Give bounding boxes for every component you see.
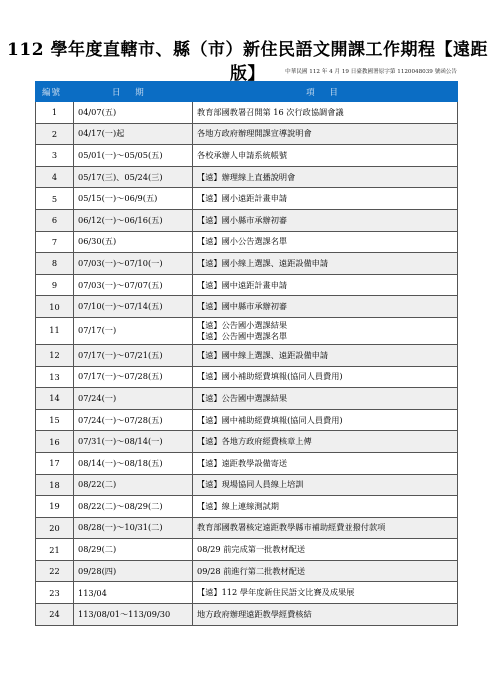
row-number: 23: [36, 582, 74, 604]
row-item: 【遠】國中縣市承辦初審: [193, 296, 458, 318]
item-text: 【遠】遠距教學設備寄送: [197, 458, 457, 469]
row-date: 05/17(三)、05/24(三): [74, 166, 193, 188]
item-text: 【遠】112 學年度新住民語文比賽及成果展: [197, 587, 457, 598]
table-header: 編號 日 期 項 目: [36, 82, 458, 102]
item-text: 【遠】國中線上選課、遠距設備申請: [197, 350, 457, 361]
row-item: 各校承辦人申請系統帳號: [193, 145, 458, 167]
table-row: 1808/22(二)【遠】現場協同人員線上培訓: [36, 474, 458, 496]
row-item: 地方政府辦理遠距教學經費核結: [193, 604, 458, 626]
table-row: 807/03(一)～07/10(一)【遠】國小線上選課、遠距設備申請: [36, 253, 458, 275]
row-item: 【遠】國小補助經費填報(協同人員費用): [193, 366, 458, 388]
row-date: 08/22(二): [74, 474, 193, 496]
row-number: 18: [36, 474, 74, 496]
row-date: 06/30(五): [74, 231, 193, 253]
row-number: 9: [36, 274, 74, 296]
row-number: 19: [36, 496, 74, 518]
row-number: 21: [36, 539, 74, 561]
row-number: 22: [36, 560, 74, 582]
item-text: 【遠】線上連線測試期: [197, 501, 457, 512]
row-date: 07/03(一)～07/07(五): [74, 274, 193, 296]
row-date: 05/15(一)～06/9(五): [74, 188, 193, 210]
item-text: 【遠】國小公告選課名單: [197, 236, 457, 247]
table-row: 23113/04【遠】112 學年度新住民語文比賽及成果展: [36, 582, 458, 604]
row-date: 04/17(一)起: [74, 123, 193, 145]
item-text: 09/28 前進行第二批教材配送: [197, 566, 457, 577]
row-number: 6: [36, 209, 74, 231]
row-item: 【遠】國小線上選課、遠距設備申請: [193, 253, 458, 275]
item-text: 【遠】現場協同人員線上培訓: [197, 479, 457, 490]
item-text: 地方政府辦理遠距教學經費核結: [197, 609, 457, 620]
item-text: 各地方政府辦理開課宣導說明會: [197, 128, 457, 139]
table-row: 2008/28(一)～10/31(二)教育部國教署核定遠距教學縣市補助經費並撥付…: [36, 517, 458, 539]
table-row: 1908/22(二)～08/29(二)【遠】線上連線測試期: [36, 496, 458, 518]
row-item: 【遠】112 學年度新住民語文比賽及成果展: [193, 582, 458, 604]
row-number: 8: [36, 253, 74, 275]
row-number: 10: [36, 296, 74, 318]
row-number: 14: [36, 388, 74, 410]
item-text: 【遠】公告國中選課結果: [197, 393, 457, 404]
row-date: 04/07(五): [74, 102, 193, 124]
row-item: 各地方政府辦理開課宣導說明會: [193, 123, 458, 145]
table-row: 405/17(三)、05/24(三)【遠】辦理線上直播說明會: [36, 166, 458, 188]
row-date: 113/08/01～113/09/30: [74, 604, 193, 626]
row-item: 【遠】各地方政府經費核章上傳: [193, 431, 458, 453]
table-row: 204/17(一)起各地方政府辦理開課宣導說明會: [36, 123, 458, 145]
table-row: 1207/17(一)～07/21(五)【遠】國中線上選課、遠距設備申請: [36, 344, 458, 366]
row-number: 1: [36, 102, 74, 124]
row-number: 11: [36, 317, 74, 344]
row-item: 【遠】公告國中選課結果: [193, 388, 458, 410]
table-row: 606/12(一)～06/16(五)【遠】國小縣市承辦初審: [36, 209, 458, 231]
row-date: 07/24(一)～07/28(五): [74, 409, 193, 431]
table-row: 1607/31(一)～08/14(一)【遠】各地方政府經費核章上傳: [36, 431, 458, 453]
row-date: 07/24(一): [74, 388, 193, 410]
item-text: 【遠】各地方政府經費核章上傳: [197, 436, 457, 447]
row-date: 07/17(一): [74, 317, 193, 344]
table-row: 305/01(一)～05/05(五)各校承辦人申請系統帳號: [36, 145, 458, 167]
row-date: 08/22(二)～08/29(二): [74, 496, 193, 518]
row-date: 07/31(一)～08/14(一): [74, 431, 193, 453]
row-date: 06/12(一)～06/16(五): [74, 209, 193, 231]
row-date: 07/17(一)～07/21(五): [74, 344, 193, 366]
row-number: 17: [36, 452, 74, 474]
item-text: 【遠】國小補助經費填報(協同人員費用): [197, 371, 457, 382]
row-number: 15: [36, 409, 74, 431]
row-date: 07/03(一)～07/10(一): [74, 253, 193, 275]
item-text: 【遠】國中縣市承辦初審: [197, 301, 457, 312]
row-date: 08/28(一)～10/31(二): [74, 517, 193, 539]
header-item: 項 目: [193, 82, 458, 102]
row-number: 5: [36, 188, 74, 210]
table-row: 706/30(五)【遠】國小公告選課名單: [36, 231, 458, 253]
item-text: 【遠】公告國小選課結果: [197, 320, 457, 331]
row-date: 07/10(一)～07/14(五): [74, 296, 193, 318]
row-item: 【遠】遠距教學設備寄送: [193, 452, 458, 474]
row-item: 教育部國教署召開第 16 次行政協調會議: [193, 102, 458, 124]
item-text: 各校承辦人申請系統帳號: [197, 150, 457, 161]
item-text: 教育部國教署核定遠距教學縣市補助經費並撥付款項: [197, 522, 457, 533]
row-item: 【遠】現場協同人員線上培訓: [193, 474, 458, 496]
table-row: 104/07(五)教育部國教署召開第 16 次行政協調會議: [36, 102, 458, 124]
row-item: 【遠】國小遠距計畫申請: [193, 188, 458, 210]
table-row: 1507/24(一)～07/28(五)【遠】國中補助經費填報(協同人員費用): [36, 409, 458, 431]
row-date: 08/14(一)～08/18(五): [74, 452, 193, 474]
row-date: 09/28(四): [74, 560, 193, 582]
row-number: 2: [36, 123, 74, 145]
row-number: 20: [36, 517, 74, 539]
row-number: 4: [36, 166, 74, 188]
table-row: 1007/10(一)～07/14(五)【遠】國中縣市承辦初審: [36, 296, 458, 318]
document-title: 112 學年度直轄市、縣（市）新住民語文開課工作期程【遠距版】: [0, 38, 495, 86]
row-number: 13: [36, 366, 74, 388]
item-text: 【遠】國中遠距計畫申請: [197, 280, 457, 291]
row-item: 教育部國教署核定遠距教學縣市補助經費並撥付款項: [193, 517, 458, 539]
row-item: 【遠】國中線上選課、遠距設備申請: [193, 344, 458, 366]
table-row: 505/15(一)～06/9(五)【遠】國小遠距計畫申請: [36, 188, 458, 210]
item-text: 【遠】辦理線上直播說明會: [197, 172, 457, 183]
announcement-reference: 中華民國 112 年 4 月 19 日臺教國署原字第 1120048039 號函…: [285, 68, 457, 76]
item-text: 【遠】公告國中選課名單: [197, 331, 457, 342]
table-row: 1307/17(一)～07/28(五)【遠】國小補助經費填報(協同人員費用): [36, 366, 458, 388]
table-row: 1107/17(一)【遠】公告國小選課結果【遠】公告國中選課名單: [36, 317, 458, 344]
item-text: 08/29 前完成第一批教材配送: [197, 544, 457, 555]
row-item: 【遠】國小縣市承辦初審: [193, 209, 458, 231]
item-text: 【遠】國小遠距計畫申請: [197, 193, 457, 204]
row-date: 07/17(一)～07/28(五): [74, 366, 193, 388]
header-date: 日 期: [74, 82, 193, 102]
table-row: 1407/24(一)【遠】公告國中選課結果: [36, 388, 458, 410]
row-item: 【遠】線上連線測試期: [193, 496, 458, 518]
row-date: 113/04: [74, 582, 193, 604]
table-row: 2108/29(二)08/29 前完成第一批教材配送: [36, 539, 458, 561]
row-number: 12: [36, 344, 74, 366]
item-text: 教育部國教署召開第 16 次行政協調會議: [197, 107, 457, 118]
row-item: 【遠】國中遠距計畫申請: [193, 274, 458, 296]
item-text: 【遠】國小縣市承辦初審: [197, 215, 457, 226]
row-date: 08/29(二): [74, 539, 193, 561]
header-number: 編號: [36, 82, 74, 102]
row-item: 08/29 前完成第一批教材配送: [193, 539, 458, 561]
table-row: 2209/28(四)09/28 前進行第二批教材配送: [36, 560, 458, 582]
item-text: 【遠】國中補助經費填報(協同人員費用): [197, 415, 457, 426]
table-row: 907/03(一)～07/07(五)【遠】國中遠距計畫申請: [36, 274, 458, 296]
row-item: 【遠】辦理線上直播說明會: [193, 166, 458, 188]
row-item: 【遠】國小公告選課名單: [193, 231, 458, 253]
row-number: 16: [36, 431, 74, 453]
schedule-table: 編號 日 期 項 目 104/07(五)教育部國教署召開第 16 次行政協調會議…: [35, 81, 458, 626]
row-number: 3: [36, 145, 74, 167]
row-number: 24: [36, 604, 74, 626]
row-date: 05/01(一)～05/05(五): [74, 145, 193, 167]
row-item: 【遠】國中補助經費填報(協同人員費用): [193, 409, 458, 431]
row-item: 09/28 前進行第二批教材配送: [193, 560, 458, 582]
table-body: 104/07(五)教育部國教署召開第 16 次行政協調會議204/17(一)起各…: [36, 102, 458, 626]
table-row: 1708/14(一)～08/18(五)【遠】遠距教學設備寄送: [36, 452, 458, 474]
item-text: 【遠】國小線上選課、遠距設備申請: [197, 258, 457, 269]
row-number: 7: [36, 231, 74, 253]
row-item: 【遠】公告國小選課結果【遠】公告國中選課名單: [193, 317, 458, 344]
table-row: 24113/08/01～113/09/30地方政府辦理遠距教學經費核結: [36, 604, 458, 626]
